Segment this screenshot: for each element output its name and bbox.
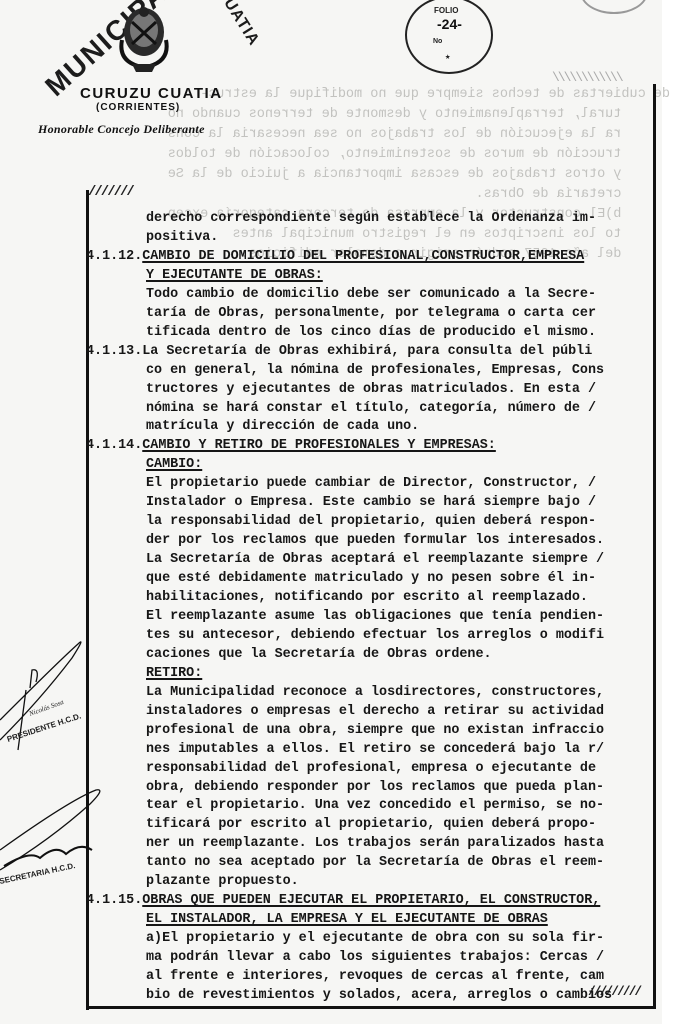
line-text: La Secretaría de Obras exhibirá, para co… <box>142 344 592 359</box>
underlined-heading: CAMBIO DE DOMICILIO DEL PROFESIONAL,CONS… <box>142 249 584 264</box>
line-text: tanto no sea aceptado por la Secretaría … <box>146 855 604 870</box>
section-heading-line: 4.1.15.OBRAS QUE PUEDEN EJECUTAR EL PROP… <box>86 892 600 910</box>
line-text: Instalador o Empresa. Este cambio se har… <box>146 495 596 510</box>
text-line: El propietario puede cambiar de Director… <box>146 475 596 493</box>
text-line: la responsabilidad del propietario, quie… <box>146 513 596 531</box>
text-line: Todo cambio de domicilio debe ser comuni… <box>146 286 596 304</box>
line-text: habilitaciones, notificando por escrito … <box>146 590 588 605</box>
text-line: bio de revestimientos y solados, acera, … <box>146 987 612 1005</box>
text-line: que esté debidamente matriculado y no pe… <box>146 570 596 588</box>
text-line: matrícula y dirección de cada uno. <box>146 418 419 436</box>
hatch-marks: \\\\\\\\\\\\ <box>552 70 622 85</box>
underlined-heading: OBRAS QUE PUEDEN EJECUTAR EL PROPIETARIO… <box>142 893 600 908</box>
line-text: der por los reclamos que pueden formular… <box>146 533 604 548</box>
text-line: CAMBIO: <box>146 456 202 474</box>
text-line: taría de Obras, personalmente, por teleg… <box>146 305 596 323</box>
line-text: taría de Obras, personalmente, por teleg… <box>146 306 596 321</box>
line-text: positiva. <box>146 230 218 245</box>
section-number: 4.1.13. <box>86 344 142 359</box>
line-text: ner un reemplazante. Los trabajos serán … <box>146 836 604 851</box>
text-line: El reemplazante asume las obligaciones q… <box>146 608 604 626</box>
frame-bottom-border <box>86 1006 656 1009</box>
signature-president: PRESIDENTE H.C.D. Nicolás Sosa <box>0 630 110 760</box>
line-text: responsabilidad del profesional, empresa… <box>146 761 596 776</box>
text-line: obra, debiendo responder por los reclamo… <box>146 779 604 797</box>
underlined-heading: CAMBIO Y RETIRO DE PROFESIONALES Y EMPRE… <box>142 438 496 453</box>
star-icon: ★ <box>445 52 450 62</box>
text-line: EL INSTALADOR, LA EMPRESA Y EL EJECUTANT… <box>146 911 548 929</box>
line-text: La Secretaría de Obras aceptará el reemp… <box>146 552 604 567</box>
text-line: tructores y ejecutantes de obras matricu… <box>146 381 596 399</box>
svg-text:PRESIDENTE H.C.D.: PRESIDENTE H.C.D. <box>6 711 82 743</box>
text-line: nes imputables a ellos. El retiro se con… <box>146 741 604 759</box>
text-line: tear el propietario. Una vez concedido e… <box>146 797 604 815</box>
section-heading-line: 4.1.12.CAMBIO DE DOMICILIO DEL PROFESION… <box>86 248 584 266</box>
line-text: nes imputables a ellos. El retiro se con… <box>146 742 604 757</box>
text-line: Instalador o Empresa. Este cambio se har… <box>146 494 596 512</box>
text-line: co en general, la nómina de profesionale… <box>146 362 604 380</box>
line-text: nómina se hará constar el título, catego… <box>146 401 596 416</box>
coat-of-arms-icon <box>108 0 180 75</box>
line-text: obra, debiendo responder por los reclamo… <box>146 780 604 795</box>
line-text: la responsabilidad del propietario, quie… <box>146 514 596 529</box>
line-text: matrícula y dirección de cada uno. <box>146 419 419 434</box>
line-text: El reemplazante asume las obligaciones q… <box>146 609 604 624</box>
folio-number: -24- <box>437 16 462 32</box>
line-text: tes su antecesor, debiendo efectuar los … <box>146 628 604 643</box>
text-line: der por los reclamos que pueden formular… <box>146 532 604 550</box>
text-line: derecho correspondiente según establece … <box>146 210 596 228</box>
text-line: positiva. <box>146 229 218 247</box>
text-line: responsabilidad del profesional, empresa… <box>146 760 596 778</box>
text-line: La Secretaría de Obras aceptará el reemp… <box>146 551 604 569</box>
text-line: Y EJECUTANTE DE OBRAS: <box>146 267 323 285</box>
hatch-marks: /////// <box>88 184 133 200</box>
line-text: La Municipalidad reconoce a losdirectore… <box>146 685 604 700</box>
underlined-heading: Y EJECUTANTE DE OBRAS: <box>146 268 323 283</box>
section-number: 4.1.12. <box>86 249 142 264</box>
line-text: tificará por escrito al propietario, qui… <box>146 817 596 832</box>
line-text: a)El propietario y el ejecutante de obra… <box>146 931 604 946</box>
line-text: al frente e interiores, revoques de cerc… <box>146 969 604 984</box>
line-text: co en general, la nómina de profesionale… <box>146 363 604 378</box>
bleed-through-text: de cubiertas de techos siempre que no mo… <box>150 85 670 265</box>
svg-text:SECRETARIA H.C.D.: SECRETARIA H.C.D. <box>0 861 76 886</box>
text-line: instaladores o empresas el derecho a ret… <box>146 703 604 721</box>
frame-right-border <box>653 84 656 1006</box>
line-text: El propietario puede cambiar de Director… <box>146 476 596 491</box>
svg-text:Nicolás Sosa: Nicolás Sosa <box>27 698 65 718</box>
section-number: 4.1.14. <box>86 438 142 453</box>
section-number: 4.1.15. <box>86 893 142 908</box>
line-text: derecho correspondiente según establece … <box>146 211 596 226</box>
line-text: caciones que la Secretaría de Obras orde… <box>146 647 492 662</box>
text-line: ner un reemplazante. Los trabajos serán … <box>146 835 604 853</box>
text-line: tanto no sea aceptado por la Secretaría … <box>146 854 604 872</box>
section-heading-line: 4.1.13.La Secretaría de Obras exhibirá, … <box>86 343 592 361</box>
text-line: RETIRO: <box>146 665 202 683</box>
section-heading-line: 4.1.14.CAMBIO Y RETIRO DE PROFESIONALES … <box>86 437 496 455</box>
text-line: tes su antecesor, debiendo efectuar los … <box>146 627 604 645</box>
text-line: caciones que la Secretaría de Obras orde… <box>146 646 492 664</box>
underlined-heading: EL INSTALADOR, LA EMPRESA Y EL EJECUTANT… <box>146 912 548 927</box>
underlined-heading: CAMBIO: <box>146 457 202 472</box>
folio-no-label: No <box>433 38 442 45</box>
line-text: plazante propuesto. <box>146 874 299 889</box>
text-line: La Municipalidad reconoce a losdirectore… <box>146 684 604 702</box>
organization-name: CURUZU CUATIA <box>80 85 223 102</box>
text-line: nómina se hará constar el título, catego… <box>146 400 596 418</box>
text-line: habilitaciones, notificando por escrito … <box>146 589 588 607</box>
line-text: tear el propietario. Una vez concedido e… <box>146 798 604 813</box>
line-text: instaladores o empresas el derecho a ret… <box>146 704 604 719</box>
organization-province: (CORRIENTES) <box>96 102 180 113</box>
organization-council: Honorable Concejo Deliberante <box>38 122 205 137</box>
line-text: tificada dentro de los cinco días de pro… <box>146 325 596 340</box>
line-text: bio de revestimientos y solados, acera, … <box>146 988 612 1003</box>
signature-secretary: SECRETARIA H.C.D. <box>0 780 110 890</box>
text-line: a)El propietario y el ejecutante de obra… <box>146 930 604 948</box>
line-text: ma podrán llevar a cabo los siguientes t… <box>146 950 604 965</box>
text-line: al frente e interiores, revoques de cerc… <box>146 968 604 986</box>
text-line: tificada dentro de los cinco días de pro… <box>146 324 596 342</box>
text-line: ma podrán llevar a cabo los siguientes t… <box>146 949 604 967</box>
line-text: Todo cambio de domicilio debe ser comuni… <box>146 287 596 302</box>
underlined-heading: RETIRO: <box>146 666 202 681</box>
line-text: que esté debidamente matriculado y no pe… <box>146 571 596 586</box>
line-text: profesional de una obra, siempre que no … <box>146 723 604 738</box>
text-line: plazante propuesto. <box>146 873 299 891</box>
text-line: profesional de una obra, siempre que no … <box>146 722 604 740</box>
text-line: tificará por escrito al propietario, qui… <box>146 816 596 834</box>
folio-label: FOLIO <box>434 6 458 15</box>
line-text: tructores y ejecutantes de obras matricu… <box>146 382 596 397</box>
